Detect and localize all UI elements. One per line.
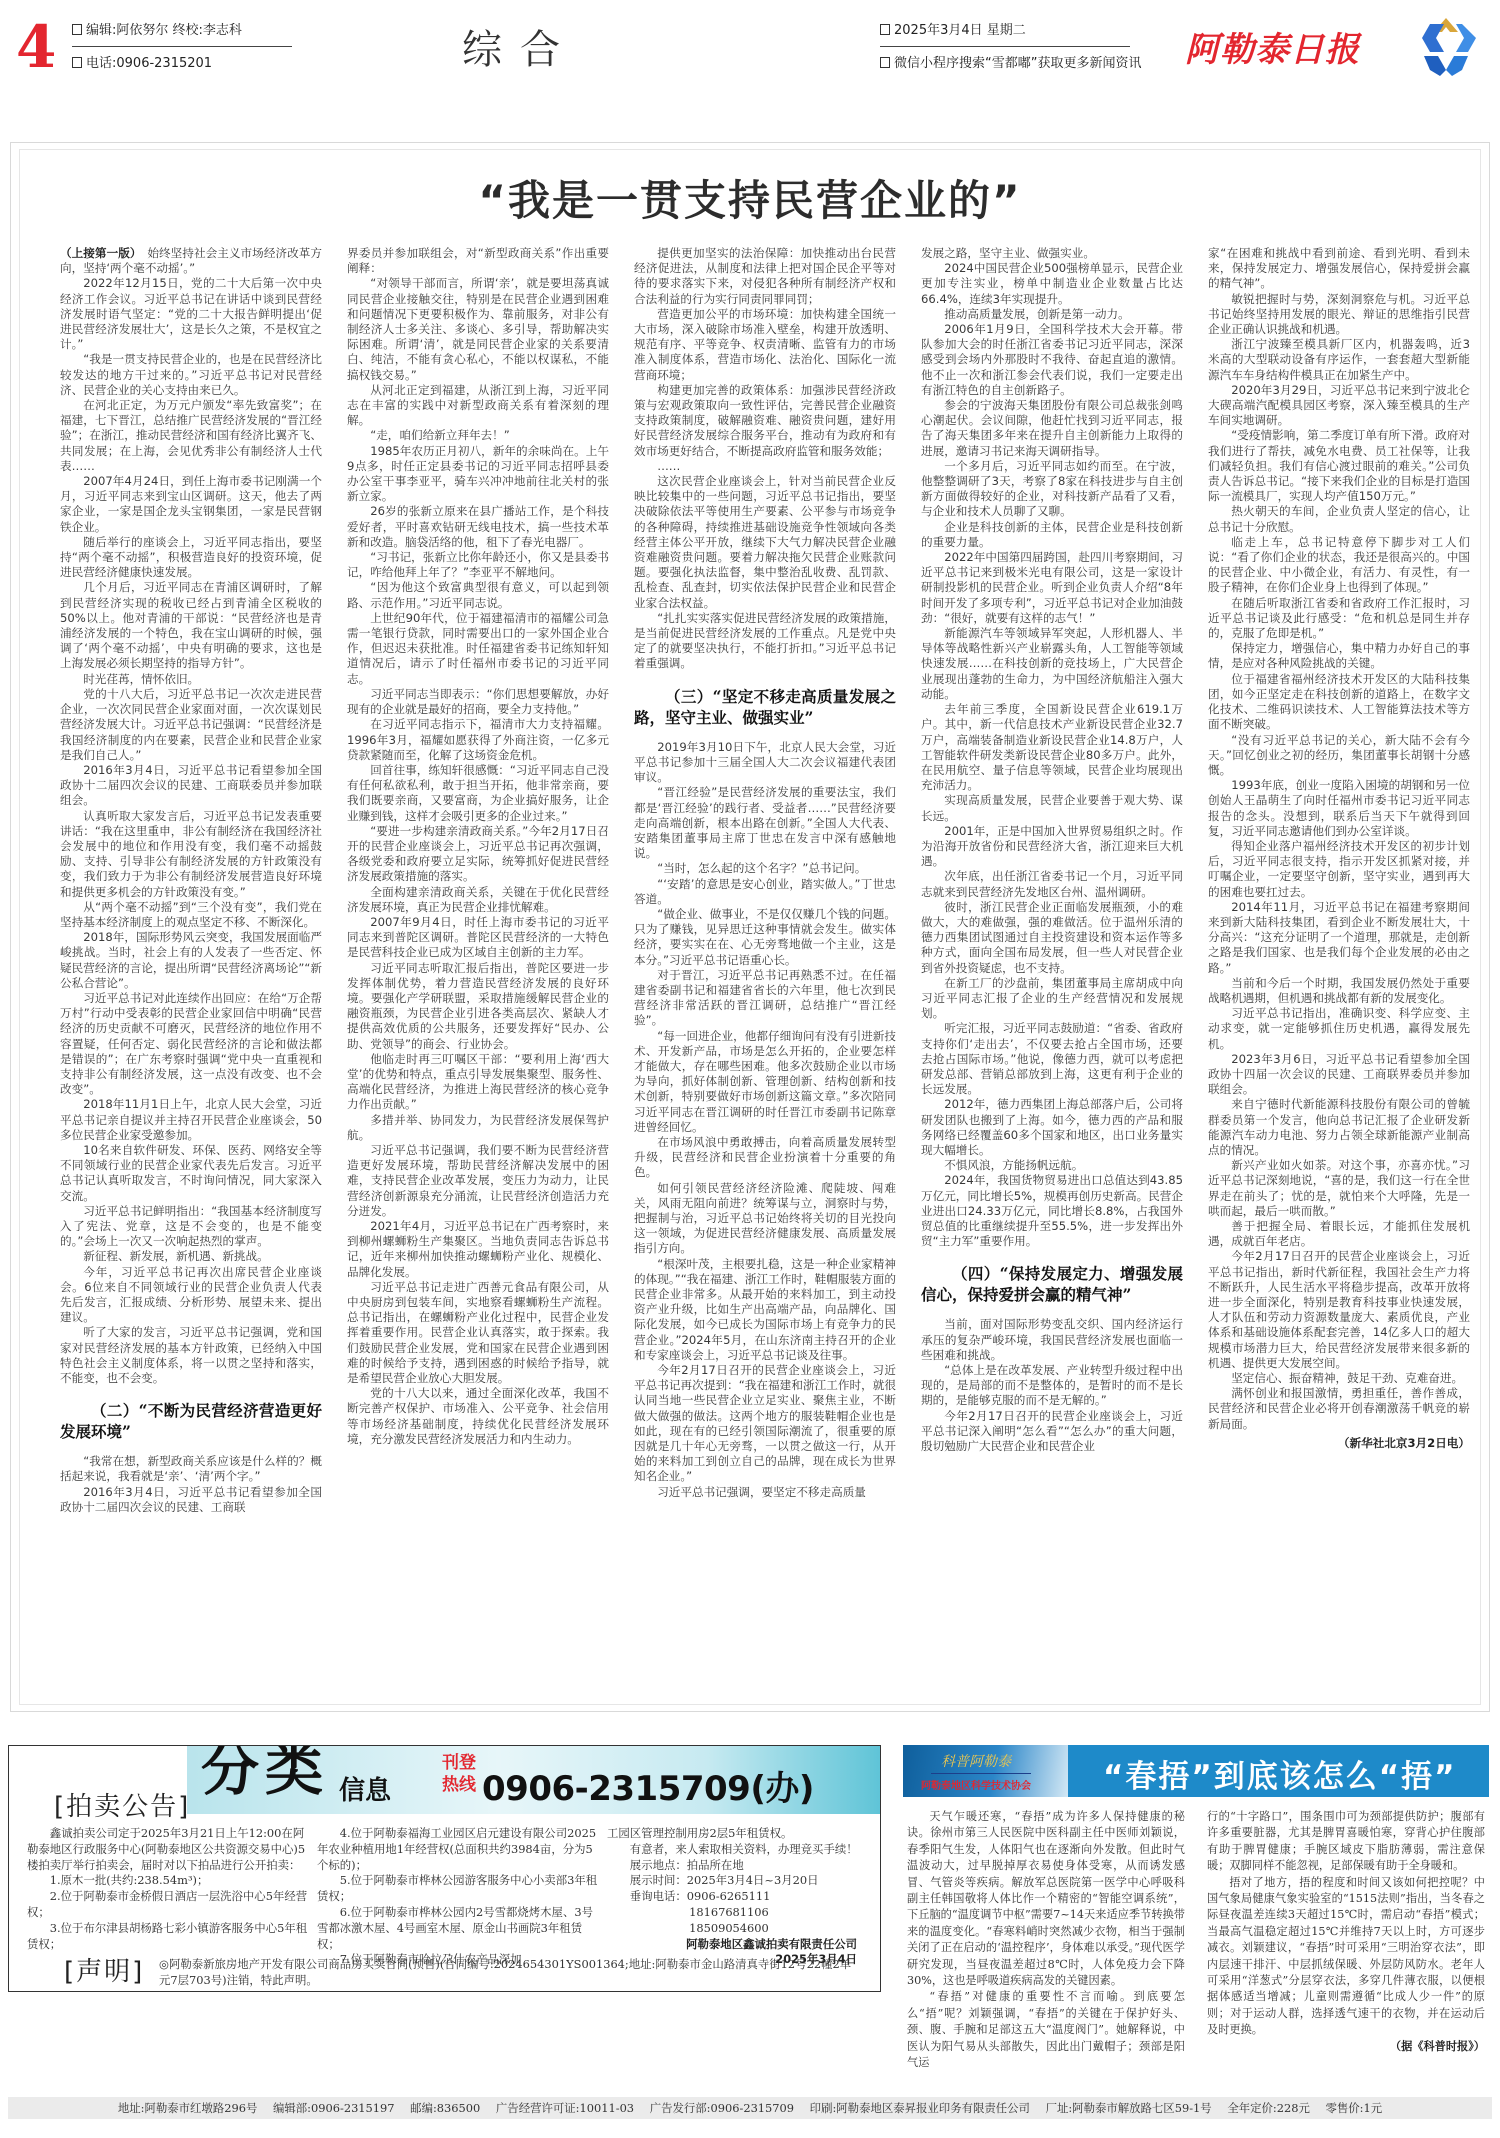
- article-paragraph: “总体上是在改革发展、产业转型升级过程中出现的，是局部的而不是整体的，是暂时的而…: [921, 1363, 1183, 1409]
- footer-retail-price: 零售价:1元: [1325, 2101, 1382, 2115]
- article-paragraph: 2007年9月4日，时任上海市委书记的习近平同志来到普陀区调研。普陀区民营经济的…: [347, 915, 609, 961]
- article-paragraph: 时光荏苒，情怀依旧。: [60, 672, 322, 687]
- article-paragraph: 得知企业落户福州经济技术开发区的初步计划后，习近平同志很支持，指示开发区抓紧对接…: [1208, 839, 1470, 900]
- square-bullet-icon: [880, 57, 890, 68]
- article-paragraph: 2023年3月6日，习近平总书记看望参加全国政协十四届一次会议的民建、工商联界委…: [1208, 1052, 1470, 1098]
- auction-item: 4.位于阿勒泰福海工业园区启元建设有限公司2025年农业种植用地1年经营权(总面…: [317, 1826, 602, 1873]
- article-paragraph: 彼时，浙江民营企业正面临发展瓶颈，小的难做大，大的难做强，强的难做活。位于温州乐…: [921, 900, 1183, 976]
- article-paragraph: 来自宁德时代新能源科技股份有限公司的曾毓群委员第一个发言，他向总书记汇报了企业研…: [1208, 1097, 1470, 1158]
- article-paragraph: 2024中国民营企业500强榜单显示，民营企业更加专注实业，榜单中制造业企业数量…: [921, 261, 1183, 307]
- article-paragraph: 2016年3月4日，习近平总书记看望参加全国政协十二届四次会议的民建、工商联委员…: [60, 763, 322, 809]
- footer-printer: 印刷:阿勒泰地区泰昇报业印务有限责任公司: [810, 2101, 1030, 2115]
- article-paragraph: 习近平总书记对此连续作出回应：在给“万企帮万村”行动中受表彰的民营企业家回信中明…: [60, 991, 322, 1097]
- star-logo-icon: [1410, 14, 1482, 80]
- article-paragraph: 党的十八大后，习近平总书记一次次走进民营企业，一次次同民营企业家面对面，一次次谋…: [60, 687, 322, 763]
- article-paragraph: 这次民营企业座谈会上，针对当前民营企业反映比较集中的一些问题，习近平总书记指出，…: [634, 474, 896, 611]
- article-paragraph: ……: [634, 459, 896, 474]
- article-paragraph: 从河北正定到福建，从浙江到上海，习近平同志在丰富的实践中对新型政商关系有着深刻的…: [347, 383, 609, 429]
- article-paragraph: 1985年农历正月初八，新年的余味尚在。上午9点多，时任正定县委书记的习近平同志…: [347, 444, 609, 505]
- square-bullet-icon: [72, 57, 82, 68]
- inquiry-phone-3: 18509054600: [607, 1921, 867, 1937]
- divider: [880, 46, 1130, 47]
- article-paragraph: “‘安踏’的意思是安心创业，踏实做人。”丁世忠答道。: [634, 877, 896, 907]
- science-paragraph: 天气乍暖还寒，“春捂”成为许多人保持健康的秘诀。徐州市第三人民医院中医科副主任中…: [907, 1809, 1185, 1989]
- article-paragraph: 保持定力，增强信心，集中精力办好自己的事情，是应对各种风险挑战的关键。: [1208, 641, 1470, 671]
- science-column-1: 天气乍暖还寒，“春捂”成为许多人保持健康的秘诀。徐州市第三人民医院中医科副主任中…: [907, 1809, 1185, 2072]
- article-paragraph: 从“两个毫不动摇”到“三个没有变”，我们党在坚持基本经济制度上的观点坚定不移、不…: [60, 900, 322, 930]
- wechat-hint: 微信小程序搜索“雪都嘟”获取更多新闻资讯: [894, 56, 1141, 71]
- article-paragraph: “走，咱们给新立拜年去！”: [347, 428, 609, 443]
- main-article: “我是一贯支持民营企业的” （上接第一版） 始终坚持社会主义市场经济改革方向，坚…: [10, 142, 1490, 1712]
- article-paragraph: 发展之路，坚守主业、做强实业。: [921, 246, 1183, 261]
- article-paragraph: 营造更加公平的市场环境：加快构建全国统一大市场，深入破除市场准入壁垒，构建开放透…: [634, 307, 896, 383]
- masthead-credits: 编辑:阿依努尔 终校:李志科 电话:0906-2315201: [72, 20, 292, 75]
- article-paragraph: “做企业、做事业，不是仅仅赚几个钱的问题。只为了赚钱，见异思迁这种事情就会发生。…: [634, 907, 896, 968]
- article-paragraph: 今年2月17日召开的民营企业座谈会上，习近平总书记指出，新时代新征程，我国社会生…: [1208, 1249, 1470, 1371]
- article-paragraph: “要进一步构建亲清政商关系。”今年2月17日召开的民营企业座谈会上，习近平总书记…: [347, 824, 609, 885]
- article-paragraph: “没有习近平总书记的关心，新大陆不会有今天。”回忆创业之初的经历，集团董事长胡钢…: [1208, 733, 1470, 779]
- display-location: 展示地点：拍品所在地: [607, 1858, 867, 1874]
- square-bullet-icon: [880, 24, 890, 35]
- article-paragraph: 多措并举、协同发力，为民营经济发展保驾护航。: [347, 1113, 609, 1143]
- article-paragraph: 2012年，德力西集团上海总部落户后，公司将研发团队也搬到了上海。如今，德力西的…: [921, 1097, 1183, 1158]
- footer-editorial-phone: 编辑部:0906-2315197: [273, 2101, 395, 2115]
- auction-col-1: 鑫诚拍卖公司定于2025年3月21日上午12:00在阿勒泰地区行政服务中心(阿勒…: [27, 1826, 312, 1952]
- article-dateline: （新华社北京3月2日电）: [1208, 1436, 1470, 1451]
- article-paragraph: 认真听取大家发言后，习近平总书记发表重要讲话：“我在这里重申，非公有制经济在我国…: [60, 809, 322, 900]
- science-source: （据《科普时报》）: [1207, 2039, 1485, 2055]
- science-badge-org: 阿勒泰地区科学技术协会: [921, 1777, 1031, 1792]
- auction-col-2: 4.位于阿勒泰福海工业园区启元建设有限公司2025年农业种植用地1年经营权(总面…: [317, 1826, 602, 1968]
- classified-banner-subtitle: 信息: [339, 1770, 391, 1807]
- article-paragraph: 几个月后，习近平同志在青浦区调研时，了解到民营经济实现的税收已经占到青浦全区税收…: [60, 580, 322, 671]
- article-paragraph: 在随后听取浙江省委和省政府工作汇报时，习近平总书记谈及此行感受：“危和机总是同生…: [1208, 596, 1470, 642]
- science-body: 天气乍暖还寒，“春捂”成为许多人保持健康的秘诀。徐州市第三人民医院中医科副主任中…: [907, 1809, 1489, 2024]
- statement-title: [声明]: [64, 1951, 144, 1988]
- article-paragraph: 实现高质量发展，民营企业要善于观大势、谋长远。: [921, 793, 1183, 823]
- article-column-4: 发展之路，坚守主业、做强实业。2024中国民营企业500强榜单显示，民营企业更加…: [921, 246, 1183, 1706]
- article-paragraph: 随后举行的座谈会上，习近平同志指出，要坚持“两个毫不动摇”，积极营造良好的投资环…: [60, 535, 322, 581]
- footer-ad-license: 广告经营许可证:10011-03: [496, 2101, 634, 2115]
- classified-banner: 分类 信息 刊登热线 0906-2315709(办): [187, 1746, 880, 1814]
- article-paragraph: 党的十八大以来，通过全面深化改革，我国不断完善产权保护、市场准入、公平竞争、社会…: [347, 1386, 609, 1447]
- article-paragraph: 2022年12月15日，党的二十大后第一次中央经济工作会议。习近平总书记在讲话中…: [60, 276, 322, 352]
- article-paragraph: 当前和今后一个时期，我国发展仍然处于重要战略机遇期，但机遇和挑战都有新的发展变化…: [1208, 976, 1470, 1006]
- continued-from-tag: （上接第一版）: [60, 246, 136, 260]
- article-paragraph: 2020年3月29日，习近平总书记来到宁波北仑大碶高端汽配模具园区考察，深入臻至…: [1208, 383, 1470, 429]
- auction-item: 2.位于阿勒泰市金桥假日酒店一层洗浴中心5年经营权；: [27, 1889, 312, 1921]
- article-paragraph: 敏锐把握时与势，深刻洞察危与机。习近平总书记始终坚持用发展的眼光、辩证的思维指引…: [1208, 292, 1470, 338]
- auction-item: 1.原木一批(共约:238.54m³)；: [27, 1873, 312, 1889]
- section-subheading: （二）“不断为民营经济营造更好发展环境”: [60, 1400, 322, 1442]
- article-paragraph: 今年，习近平总书记再次出席民营企业座谈会。6位来自不同领域行业的民营企业负责人代…: [60, 1265, 322, 1326]
- article-paragraph: “受疫情影响，第二季度订单有所下滑。政府对我们进行了帮扶，减免水电费、员工社保等…: [1208, 428, 1470, 504]
- article-paragraph: “扎扎实实落实促进民营经济发展的政策措施，是当前促进民营经济发展的工作重点。凡是…: [634, 611, 896, 672]
- auction-company: 阿勒泰地区鑫诚拍卖有限责任公司: [607, 1937, 867, 1953]
- auction-instructions: 有意者，来人索取相关资料，办理竞买手续！: [607, 1842, 867, 1858]
- article-paragraph: 新兴产业如火如荼。对这个事，亦喜亦忧。”习近平总书记深刻地说，“喜的是，我们这一…: [1208, 1158, 1470, 1219]
- article-paragraph: 不惧风浪，方能扬帆远航。: [921, 1158, 1183, 1173]
- inquiry-phone: 垂询电话：0906-6265111: [607, 1889, 867, 1905]
- article-paragraph: 2016年3月4日，习近平总书记看望参加全国政协十二届四次会议的民建、工商联: [60, 1485, 322, 1515]
- divider: [931, 1773, 1031, 1774]
- article-paragraph: 新能源汽车等领域异军突起，人形机器人、半导体等战略性新兴产业崭露头角，人工智能等…: [921, 626, 1183, 702]
- article-paragraph: 上世纪90年代，位于福建福清市的福耀公司急需一笔银行贷款，同时需要出口的一家外国…: [347, 611, 609, 687]
- article-paragraph: 在新工厂的沙盘前，集团董事局主席胡成中向习近平同志汇报了企业的生产经营情况和发展…: [921, 976, 1183, 1022]
- footer-address: 地址:阿勒泰市红墩路296号: [118, 2101, 258, 2115]
- auction-item: 3.位于布尔津县胡杨路七彩小镇游客服务中心5年租赁权；: [27, 1921, 312, 1953]
- article-paragraph: 次年底，出任浙江省委书记一个月，习近平同志就来到民营经济先发地区台州、温州调研。: [921, 869, 1183, 899]
- science-paragraph: 捂对了地方，捂的程度和时间又该如何把控呢？中国气象局健康气象实验室的“1515法…: [1207, 1875, 1485, 2039]
- article-paragraph: 临走上车，总书记特意停下脚步对工人们说：“看了你们企业的状态，我还是很高兴的。中…: [1208, 535, 1470, 596]
- auction-notice-title: [拍卖公告]: [54, 1786, 190, 1823]
- section-subheading: （三）“坚定不移走高质量发展之路，坚守主业、做强实业”: [634, 686, 896, 728]
- newspaper-brand: 阿勒泰日报: [1185, 22, 1360, 71]
- display-time: 展示时间：2025年3月4日~3月20日: [607, 1873, 867, 1889]
- article-paragraph: 坚定信心、振奋精神，鼓足干劲、克难奋进。: [1208, 1371, 1470, 1386]
- hotline-phone: 0906-2315709(办): [482, 1761, 814, 1810]
- article-column-5: 家“在困难和挑战中看到前途、看到光明、看到未来，保持发展定力、增强发展信心，保持…: [1208, 246, 1470, 1706]
- article-paragraph: 听了大家的发言，习近平总书记强调，党和国家对民营经济发展的基本方针政策，已经纳入…: [60, 1325, 322, 1386]
- article-paragraph: 1993年底，创业一度陷入困境的胡钢和另一位创始人王晶萌生了向时任福州市委书记习…: [1208, 778, 1470, 839]
- article-column-1: （上接第一版） 始终坚持社会主义市场经济改革方向，坚持‘两个毫不动摇’。”202…: [60, 246, 322, 1706]
- science-paragraph: “春捂”对健康的重要性不言而喻。到底要怎么“捂”呢？刘颖强调，“春捂”的关键在于…: [907, 1989, 1185, 2071]
- article-paragraph: “每一回进企业，他都仔细询问有没有引进新技术、开发新产品，市场是怎么开拓的，企业…: [634, 1029, 896, 1135]
- article-paragraph: 界委员并参加联组会，对“新型政商关系”作出重要阐释：: [347, 246, 609, 276]
- article-paragraph: 2019年3月10日下午，北京人民大会堂，习近平总书记参加十三届全国人大二次会议…: [634, 740, 896, 786]
- footer-postcode: 邮编:836500: [410, 2101, 480, 2115]
- section-subheading: （四）“保持发展定力、增强发展信心，保持爱拼会赢的精气神”: [921, 1263, 1183, 1305]
- science-paragraph: 行的“十字路口”，围条围巾可为颈部提供防护；腹部有许多重要脏器，尤其是脾胃喜暖怕…: [1207, 1809, 1485, 1875]
- science-badge-title: 科普阿勒泰: [941, 1751, 1011, 1771]
- article-paragraph: 习近平总书记强调，我们要不断为民营经济营造更好发展环境，帮助民营经济解决发展中的…: [347, 1143, 609, 1219]
- footer-annual-price: 全年定价:228元: [1227, 2101, 1310, 2115]
- article-paragraph: “我是一贯支持民营企业的，也是在民营经济比较发达的地方干过来的。”习近平总书记对…: [60, 352, 322, 398]
- article-paragraph: 习近平同志当即表示：“你们思想要解放，办好现有的企业就是最好的招商，要全力支持他…: [347, 687, 609, 717]
- article-paragraph: 26岁的张新立原来在县广播站工作，是个科技爱好者，平时喜欢钻研无线电技术，搞一些…: [347, 504, 609, 550]
- article-headline: “我是一贯支持民营企业的”: [20, 168, 1480, 228]
- article-paragraph: 去年前三季度，全国新设民营企业619.1万户。其中，新一代信息技术产业新设民营企…: [921, 702, 1183, 793]
- hotline-label: 刊登热线: [442, 1752, 482, 1796]
- article-paragraph: 位于福建省福州经济技术开发区的大陆科技集团，如今正坚定走在科技创新的道路上，在数…: [1208, 672, 1470, 733]
- article-paragraph: 2021年4月，习近平总书记在广西考察时，来到柳州螺蛳粉生产集聚区。当地负责同志…: [347, 1219, 609, 1280]
- science-banner: 科普阿勒泰 阿勒泰地区科学技术协会 “春捂”到底该怎么“捂”: [903, 1745, 1489, 1797]
- article-paragraph: 2018年，国际形势风云突变，我国发展面临严峻挑战。当时，社会上有的人发表了一些…: [60, 930, 322, 991]
- article-paragraph: 2018年11月1日上午，北京人民大会堂，习近平总书记亲自提议并主持召开民营企业…: [60, 1097, 322, 1143]
- article-paragraph: “晋江经验”是民营经济发展的重要法宝，我们都是‘晋江经验’的践行者、受益者……”…: [634, 785, 896, 861]
- square-bullet-icon: [72, 24, 82, 35]
- footer-plant-address: 厂址:阿勒泰市解放路七区59-1号: [1046, 2101, 1212, 2115]
- footer-ad-phone: 广告发行部:0906-2315709: [650, 2101, 794, 2115]
- auction-intro: 鑫诚拍卖公司定于2025年3月21日上午12:00在阿勒泰地区行政服务中心(阿勒…: [27, 1826, 312, 1873]
- article-paragraph: 热火朝天的车间，企业负责人坚定的信心，让总书记十分欣慰。: [1208, 504, 1470, 534]
- article-paragraph: “我常在想，新型政商关系应该是什么样的？概括起来说，我看就是‘亲’、‘清’两个字…: [60, 1454, 322, 1484]
- article-paragraph: （上接第一版） 始终坚持社会主义市场经济改革方向，坚持‘两个毫不动摇’。”: [60, 246, 322, 276]
- article-paragraph: 习近平总书记强调，要坚定不移走高质量: [634, 1485, 896, 1500]
- article-paragraph: 回首往事，练知轩很感慨：“习近平同志自己没有任何私欲私利，敢于担当开拓，他非常亲…: [347, 763, 609, 824]
- article-paragraph: “因为他这个致富典型很有意义，可以起到领路、示范作用。”习近平同志说。: [347, 580, 609, 610]
- article-paragraph: 习近平同志听取汇报后指出，普陀区要进一步发挥体制优势，着力营造民营经济发展的良好…: [347, 961, 609, 1052]
- article-paragraph: “习书记，张新立比你年龄还小，你又是县委书记，咋给他拜上年了？”李亚平不解地问。: [347, 550, 609, 580]
- article-paragraph: 家“在困难和挑战中看到前途、看到光明、看到未来，保持发展定力、增强发展信心，保持…: [1208, 246, 1470, 292]
- editor-credit: 编辑:阿依努尔 终校:李志科: [86, 23, 242, 38]
- imprint-footer: 地址:阿勒泰市红墩路296号 编辑部:0906-2315197 邮编:83650…: [8, 2097, 1492, 2119]
- article-paragraph: 习近平总书记走进广西善元食品有限公司，从中央厨房到包装车间，实地察看螺蛳粉生产流…: [347, 1280, 609, 1386]
- inquiry-phone-2: 18167681106: [607, 1905, 867, 1921]
- auction-col-3: 工园区管理控制用房2层5年租赁权。 有意者，来人索取相关资料，办理竞买手续！ 展…: [607, 1826, 867, 1968]
- science-headline: “春捂”到底该怎么“捂”: [1103, 1751, 1457, 1796]
- article-paragraph: 满怀创业和报国激情，勇担重任，善作善成，民营经济和民营企业必将开创春潮激荡千帆竞…: [1208, 1386, 1470, 1432]
- masthead: 4 编辑:阿依努尔 终校:李志科 电话:0906-2315201 综合 2025…: [0, 0, 1500, 90]
- article-paragraph: 如何引领民营经济经济险滩、爬陡坡、闯难关，风雨无阻向前进？统筹谋与立，洞察时与势…: [634, 1181, 896, 1257]
- article-paragraph: 当前，面对国际形势变乱交织、国内经济运行承压的复杂严峻环境，我国民营经济发展也面…: [921, 1317, 1183, 1363]
- divider: [72, 46, 292, 47]
- article-paragraph: 对于晋江，习近平总书记再熟悉不过。在任福建省委副书记和福建省省长的六年里，他七次…: [634, 968, 896, 1029]
- article-paragraph: 一个多月后，习近平同志如约而至。在宁波，他整整调研了3天，考察了8家在科技进步与…: [921, 459, 1183, 520]
- article-paragraph: 全面构建亲清政商关系，关键在于优化民营经济发展环境，真正为民营企业排忧解难。: [347, 885, 609, 915]
- article-paragraph: 2006年1月9日，全国科学技术大会开幕。带队参加大会的时任浙江省委书记习近平同…: [921, 322, 1183, 398]
- article-paragraph: “对领导干部而言，所谓‘亲’，就是要坦荡真诚同民营企业接触交往，特别是在民营企业…: [347, 276, 609, 382]
- classified-ads: [拍卖公告] 分类 信息 刊登热线 0906-2315709(办) 鑫诚拍卖公司…: [8, 1745, 881, 1992]
- article-paragraph: 在习近平同志指示下，福清市大力支持福耀。1996年3月，福耀如愿获得了外商注资，…: [347, 717, 609, 763]
- auction-notice-body: 鑫诚拍卖公司定于2025年3月21日上午12:00在阿勒泰地区行政服务中心(阿勒…: [27, 1826, 867, 1936]
- section-title: 综合: [462, 18, 578, 75]
- auction-item: 6.位于阿勒泰市桦林公园内2号雪都烧烤木屋、3号雪都冰激木屋、4号画室木屋、原金…: [317, 1905, 602, 1952]
- article-paragraph: 2022年中国第四届跨国，赴四川考察期间，习近平总书记来到极米光电有限公司，这是…: [921, 550, 1183, 626]
- article-paragraph: 推动高质量发展，创新是第一动力。: [921, 307, 1183, 322]
- article-paragraph: 今年2月17日召开的民营企业座谈会上，习近平总书记深入阐明“怎么看”“怎么办”的…: [921, 1409, 1183, 1455]
- article-paragraph: 10名来自软件研发、环保、医药、网络安全等不同领域行业的民营企业家代表先后发言。…: [60, 1143, 322, 1204]
- article-paragraph: 习近平总书记鲜明指出：“我国基本经济制度写入了宪法、党章，这是不会变的，也是不能…: [60, 1204, 322, 1250]
- page-number: 4: [16, 18, 56, 76]
- article-paragraph: “根深叶茂，主根要扎稳，这是一种企业家精神的体现。”“我在福建、浙江工作时，鞋帽…: [634, 1257, 896, 1363]
- article-column-3: 提供更加坚实的法治保障：加快推动出台民营经济促进法，从制度和法律上把对国企民企平…: [634, 246, 896, 1706]
- masthead-date-block: 2025年3月4日 星期二 微信小程序搜索“雪都嘟”获取更多新闻资讯: [880, 20, 1150, 75]
- science-badge: 科普阿勒泰 阿勒泰地区科学技术协会: [903, 1745, 1068, 1797]
- issue-date: 2025年3月4日 星期二: [894, 23, 1026, 38]
- article-paragraph: 习近平总书记指出，准确识变、科学应变、主动求变，就一定能够抓住历史机遇，赢得发展…: [1208, 1006, 1470, 1052]
- auction-item: 5.位于阿勒泰市桦林公园游客服务中心小卖部3年租赁权；: [317, 1873, 602, 1905]
- article-paragraph: 善于把握全局、着眼长远，才能抓住发展机遇，成就百年老店。: [1208, 1219, 1470, 1249]
- article-paragraph: 2007年4月24日，到任上海市委书记刚满一个月，习近平同志来到宝山区调研。这天…: [60, 474, 322, 535]
- article-paragraph: 2001年，正是中国加入世界贸易组织之时。作为沿海开放省份和民营经济大省，浙江迎…: [921, 824, 1183, 870]
- article-paragraph: 在河北正定，为万元户颁发“率先致富奖”；在福建，七下晋江，总结推广民营经济发展的…: [60, 398, 322, 474]
- editor-phone: 电话:0906-2315201: [86, 56, 212, 71]
- article-column-2: 界委员并参加联组会，对“新型政商关系”作出重要阐释：“对领导干部而言，所谓‘亲’…: [347, 246, 609, 1706]
- article-paragraph: 参会的宁波海天集团股份有限公司总裁张剑鸣心潮起伏。会议间隙，他赶忙找到习近平同志…: [921, 398, 1183, 459]
- article-paragraph: 构建更加完善的政策体系：加强涉民营经济政策与宏观政策取向一致性评估，完善民营企业…: [634, 383, 896, 459]
- article-paragraph: 他临走时再三叮嘱区干部：“要利用上海‘西大堂’的优势和特点，重点引导发展集聚型、…: [347, 1052, 609, 1113]
- article-paragraph: 企业是科技创新的主体，民营企业是科技创新的重要力量。: [921, 520, 1183, 550]
- article-inner-border: “我是一贯支持民营企业的” （上接第一版） 始终坚持社会主义市场经济改革方向，坚…: [19, 149, 1481, 1705]
- classified-banner-title: 分类: [201, 1746, 329, 1798]
- article-paragraph: 2014年11月，习近平总书记在福建考察期间来到新大陆科技集团，看到企业不断发展…: [1208, 900, 1470, 976]
- article-paragraph: 听完汇报，习近平同志鼓励道：“省委、省政府支持你们‘走出去’，不仅要去抢占全国市…: [921, 1021, 1183, 1097]
- article-paragraph: “当时，怎么起的这个名字？”总书记问。: [634, 861, 896, 876]
- article-paragraph: 浙江宁波臻至模具新厂区内，机器轰鸣，近3米高的大型联动设备有序运作，一套套超大型…: [1208, 337, 1470, 383]
- auction-item: 工园区管理控制用房2层5年租赁权。: [607, 1826, 867, 1842]
- science-column-2: 行的“十字路口”，围条围巾可为颈部提供防护；腹部有许多重要脏器，尤其是脾胃喜暖怕…: [1207, 1809, 1485, 2055]
- article-paragraph: 新征程、新发展，新机遇、新挑战。: [60, 1249, 322, 1264]
- article-paragraph: 今年2月17日召开的民营企业座谈会上，习近平总书记再次提到：“我在福建和浙江工作…: [634, 1363, 896, 1485]
- article-paragraph: 在市场风浪中勇敢搏击，向着高质量发展转型升级，民营经济和民营企业扮演着十分重要的…: [634, 1135, 896, 1181]
- article-paragraph: 2024年，我国货物贸易进出口总值达到43.85万亿元，同比增长5%，规模再创历…: [921, 1173, 1183, 1249]
- science-article: 科普阿勒泰 阿勒泰地区科学技术协会 “春捂”到底该怎么“捂” 天气乍暖还寒，“春…: [903, 1745, 1489, 2025]
- statement-text: ◎阿勒泰新旅房地产开发有限公司商品房买卖合同(预售)(合同编号:20246543…: [159, 1956, 859, 1988]
- article-columns: （上接第一版） 始终坚持社会主义市场经济改革方向，坚持‘两个毫不动摇’。”202…: [60, 246, 1470, 1706]
- article-paragraph: 提供更加坚实的法治保障：加快推动出台民营经济促进法，从制度和法律上把对国企民企平…: [634, 246, 896, 307]
